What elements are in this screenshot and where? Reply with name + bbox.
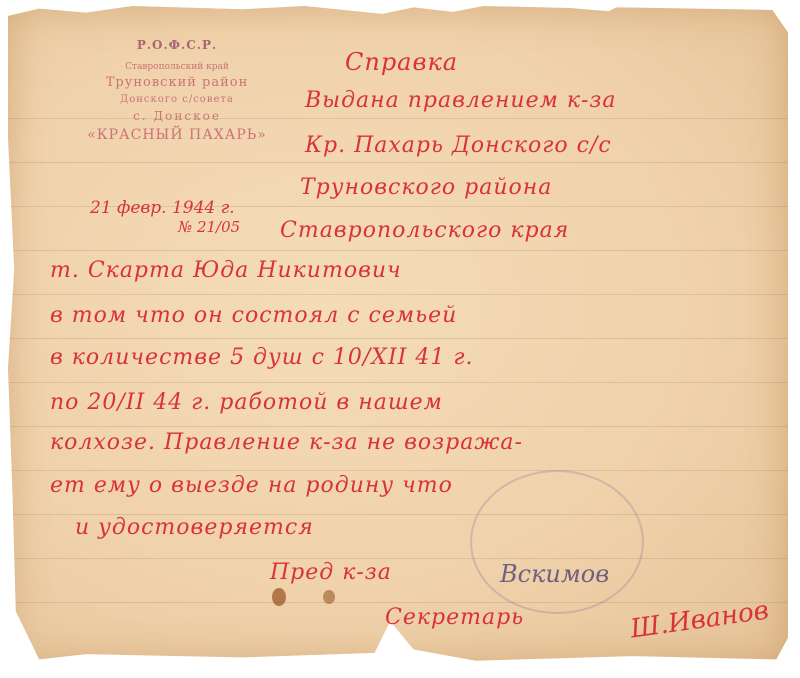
ink-stain (323, 590, 335, 604)
stamp-date: 21 февр. 1944 г. (90, 198, 235, 218)
body-line: колхозе. Правление к-за не возража- (50, 430, 523, 455)
kolkhoz-stamp: Р.О.Ф.С.Р. Ставропольский край Труновски… (62, 38, 292, 143)
ruled-line (8, 602, 788, 603)
body-line: Выдана правлением к-за (305, 88, 617, 113)
ruled-line (8, 250, 788, 251)
body-line: ет ему о выезде на родину что (50, 473, 453, 498)
body-line: Труновского района (300, 175, 552, 200)
ruled-line (8, 382, 788, 383)
chairman-label: Пред к-за (270, 560, 392, 585)
ruled-line (8, 470, 788, 471)
chairman-signature: Вскимов (500, 560, 609, 588)
stamp-council: Донского с/совета (62, 94, 292, 105)
stamp-rsfsr: Р.О.Ф.С.Р. (62, 38, 292, 52)
ruled-line (8, 426, 788, 427)
stamp-village: с. Донское (62, 109, 292, 123)
stamp-number: № 21/05 (178, 218, 240, 236)
ruled-line (8, 162, 788, 163)
secretary-label: Секретарь (385, 605, 524, 630)
stamp-kolkhoz-name: «КРАСНЫЙ ПАХАРЬ» (62, 127, 292, 143)
stamp-district: Труновский район (62, 75, 292, 90)
faded-round-seal (470, 470, 644, 614)
body-line: Кр. Пахарь Донского с/с (305, 133, 612, 158)
ruled-line (8, 294, 788, 295)
stamp-region: Ставропольский край (62, 62, 292, 72)
body-line: Ставропольского края (280, 218, 569, 243)
body-line: в том что он состоял с семьей (50, 303, 457, 328)
ruled-line (8, 558, 788, 559)
ink-stain (272, 588, 286, 606)
body-line: по 20/II 44 г. работой в нашем (50, 390, 443, 415)
document-title: Справка (345, 48, 458, 76)
body-line: и удостоверяется (75, 515, 314, 540)
body-line: в количестве 5 душ с 10/XII 41 г. (50, 345, 473, 370)
ruled-line (8, 338, 788, 339)
body-line: т. Скарта Юда Никитович (50, 258, 402, 283)
